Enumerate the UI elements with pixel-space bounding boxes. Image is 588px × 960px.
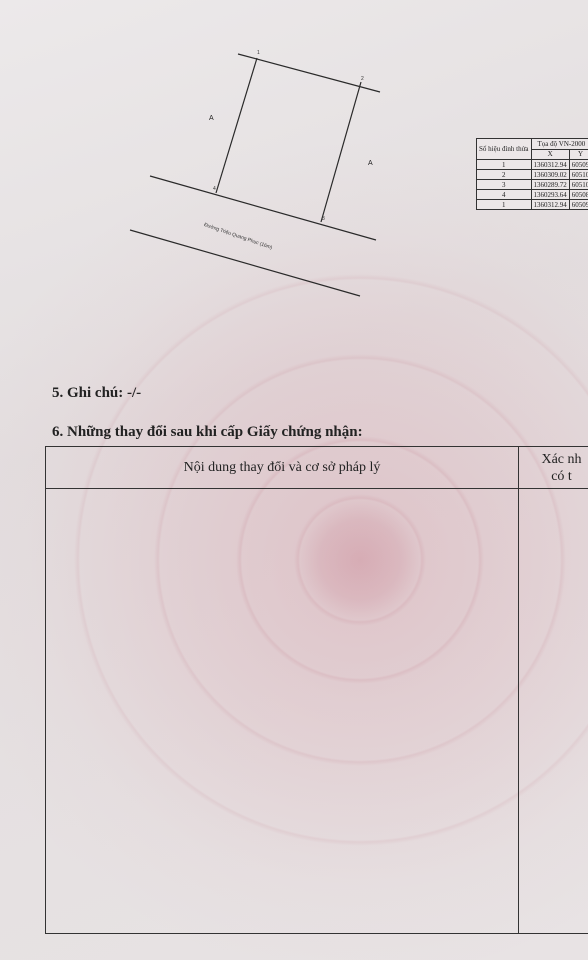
neighbor-lot-label: A — [368, 160, 373, 167]
x-value: 1360312.94 — [531, 160, 569, 170]
confirmation-cell — [519, 489, 588, 934]
vertex-id: 1 — [477, 200, 532, 210]
vertex-label: 1 — [257, 50, 260, 56]
vertex-id: 1 — [477, 160, 532, 170]
vertex-id: 4 — [477, 190, 532, 200]
table-row: 1 1360312.94 60509 — [477, 200, 588, 210]
changes-table: Nội dung thay đổi và cơ sở pháp lý Xác n… — [45, 446, 588, 934]
x-value: 1360312.94 — [531, 200, 569, 210]
x-value: 1360309.02 — [531, 170, 569, 180]
x-header: X — [531, 149, 569, 160]
confirmation-header-line1: Xác nh — [541, 452, 581, 467]
note-section: 5. Ghi chú: -/- — [52, 385, 141, 402]
table-row: 2 1360309.02 60510 — [477, 170, 588, 180]
y-value: 60509 — [569, 160, 588, 170]
table-row: 3 1360289.72 60510 — [477, 180, 588, 190]
x-value: 1360289.72 — [531, 180, 569, 190]
table-row: 1 1360312.94 60509 — [477, 160, 588, 170]
confirmation-header-line2: có t — [551, 469, 572, 484]
vertex-label: 3 — [322, 216, 325, 222]
vertex-label: 4 — [213, 186, 216, 192]
change-content-cell — [46, 489, 519, 934]
vertex-label: 2 — [361, 76, 364, 82]
change-content-header: Nội dung thay đổi và cơ sở pháp lý — [46, 447, 519, 489]
neighbor-lot-label: A — [209, 115, 214, 122]
y-value: 60510 — [569, 170, 588, 180]
y-header: Y — [569, 149, 588, 160]
y-value: 60510 — [569, 180, 588, 190]
section-6-title: 6. Những thay đổi sau khi cấp Giấy chứng… — [52, 424, 363, 441]
coordinate-table: Số hiệu đỉnh thửa Tọa độ VN-2000 X Y 1 1… — [476, 138, 588, 210]
coordinate-system-header: Tọa độ VN-2000 — [531, 139, 588, 150]
x-value: 1360293.64 — [531, 190, 569, 200]
y-value: 60508 — [569, 190, 588, 200]
confirmation-header: Xác nh có t — [519, 447, 588, 489]
y-value: 60509 — [569, 200, 588, 210]
vertex-id-header: Số hiệu đỉnh thửa — [477, 139, 532, 160]
vertex-id: 3 — [477, 180, 532, 190]
vertex-id: 2 — [477, 170, 532, 180]
table-row: 4 1360293.64 60508 — [477, 190, 588, 200]
